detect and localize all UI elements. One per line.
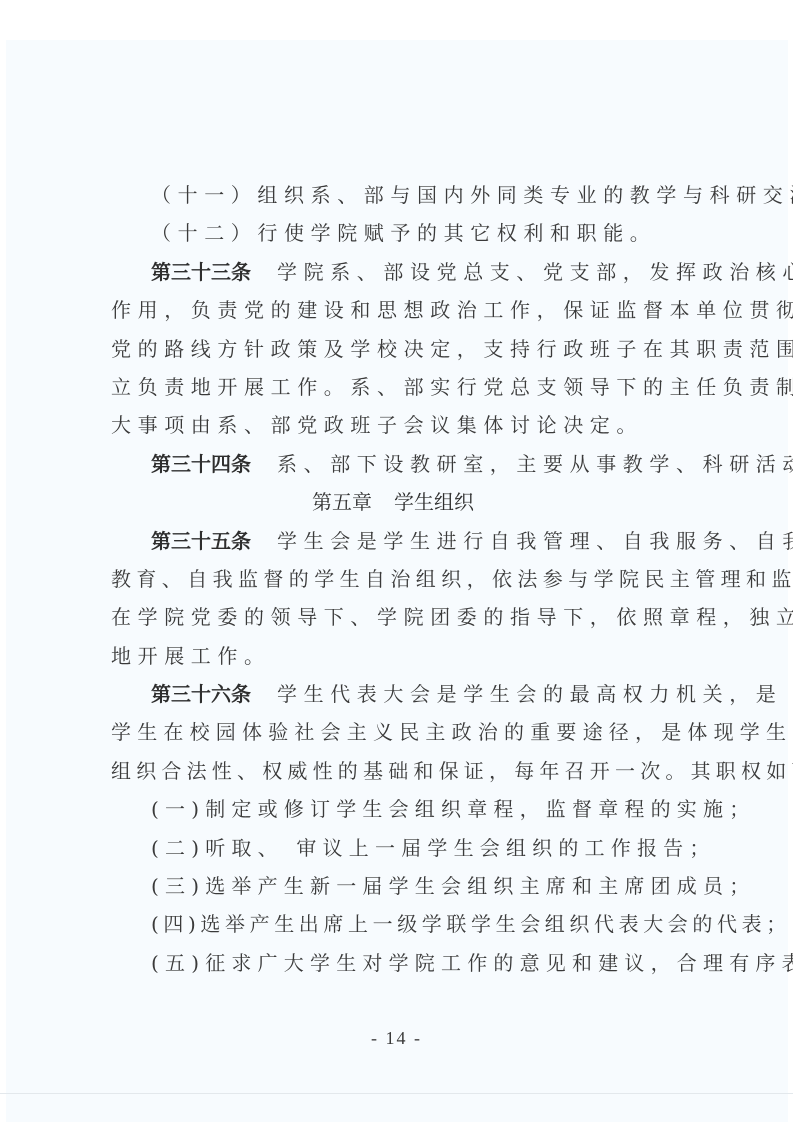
article-35-line-3: 在学院党委的领导下、学院团委的指导下，依照章程，独立自主 xyxy=(111,598,675,636)
article-36-item-2: (二)听取、 审议上一届学生会组织的工作报告； xyxy=(111,829,675,867)
list-item-11: （十一）组织系、部与国内外同类专业的教学与科研交流； xyxy=(111,176,675,214)
article-36-item-5: (五)征求广大学生对学院工作的意见和建议，合理有序表 xyxy=(111,944,675,982)
article-33-line-3: 党的路线方针政策及学校决定，支持行政班子在其职责范围内独 xyxy=(111,330,675,368)
article-35-text: 学生会是学生进行自我管理、自我服务、自我 xyxy=(277,529,793,553)
article-36-item-4: (四)选举产生出席上一级学联学生会组织代表大会的代表； xyxy=(111,905,675,943)
article-33-text: 学院系、部设党总支、党支部，发挥政治核心 xyxy=(277,260,793,284)
article-35-first-line: 第三十五条学生会是学生进行自我管理、自我服务、自我 xyxy=(111,522,675,560)
article-33-first-line: 第三十三条学院系、部设党总支、党支部，发挥政治核心 xyxy=(111,253,675,291)
article-36-line-3: 组织合法性、权威性的基础和保证，每年召开一次。其职权如下： xyxy=(111,752,675,790)
article-35-label: 第三十五条 xyxy=(151,529,251,553)
article-33-line-5: 大事项由系、部党政班子会议集体讨论决定。 xyxy=(111,406,675,444)
article-36-line-2: 学生在校园体验社会主义民主政治的重要途径，是体现学生会 xyxy=(111,713,675,751)
article-34-text: 系、部下设教研室，主要从事教学、科研活动。 xyxy=(277,452,793,476)
article-34-label: 第三十四条 xyxy=(151,452,251,476)
document-body: （十一）组织系、部与国内外同类专业的教学与科研交流； （十二）行使学院赋予的其它… xyxy=(111,176,675,982)
article-33-line-2: 作用，负责党的建设和思想政治工作，保证监督本单位贯彻落实 xyxy=(111,291,675,329)
chapter-heading: 第五章学生组织 xyxy=(111,483,675,521)
article-36-item-1: (一)制定或修订学生会组织章程，监督章程的实施； xyxy=(111,790,675,828)
scan-edge-line xyxy=(0,1093,793,1094)
article-36-first-line: 第三十六条学生代表大会是学生会的最高权力机关，是 xyxy=(111,675,675,713)
article-36-label: 第三十六条 xyxy=(151,682,251,706)
article-36-item-3: (三)选举产生新一届学生会组织主席和主席团成员； xyxy=(111,867,675,905)
article-33-label: 第三十三条 xyxy=(151,260,251,284)
article-33-line-4: 立负责地开展工作。系、部实行党总支领导下的主任负责制，重 xyxy=(111,368,675,406)
list-item-12: （十二）行使学院赋予的其它权利和职能。 xyxy=(111,214,675,252)
chapter-number: 第五章 xyxy=(312,490,372,514)
article-36-text: 学生代表大会是学生会的最高权力机关，是 xyxy=(277,682,782,706)
article-35-line-2: 教育、自我监督的学生自治组织，依法参与学院民主管理和监督， xyxy=(111,560,675,598)
article-34-line: 第三十四条系、部下设教研室，主要从事教学、科研活动。 xyxy=(111,445,675,483)
chapter-title: 学生组织 xyxy=(394,490,474,514)
page-number: - 14 - xyxy=(0,1028,793,1049)
article-35-line-4: 地开展工作。 xyxy=(111,637,675,675)
